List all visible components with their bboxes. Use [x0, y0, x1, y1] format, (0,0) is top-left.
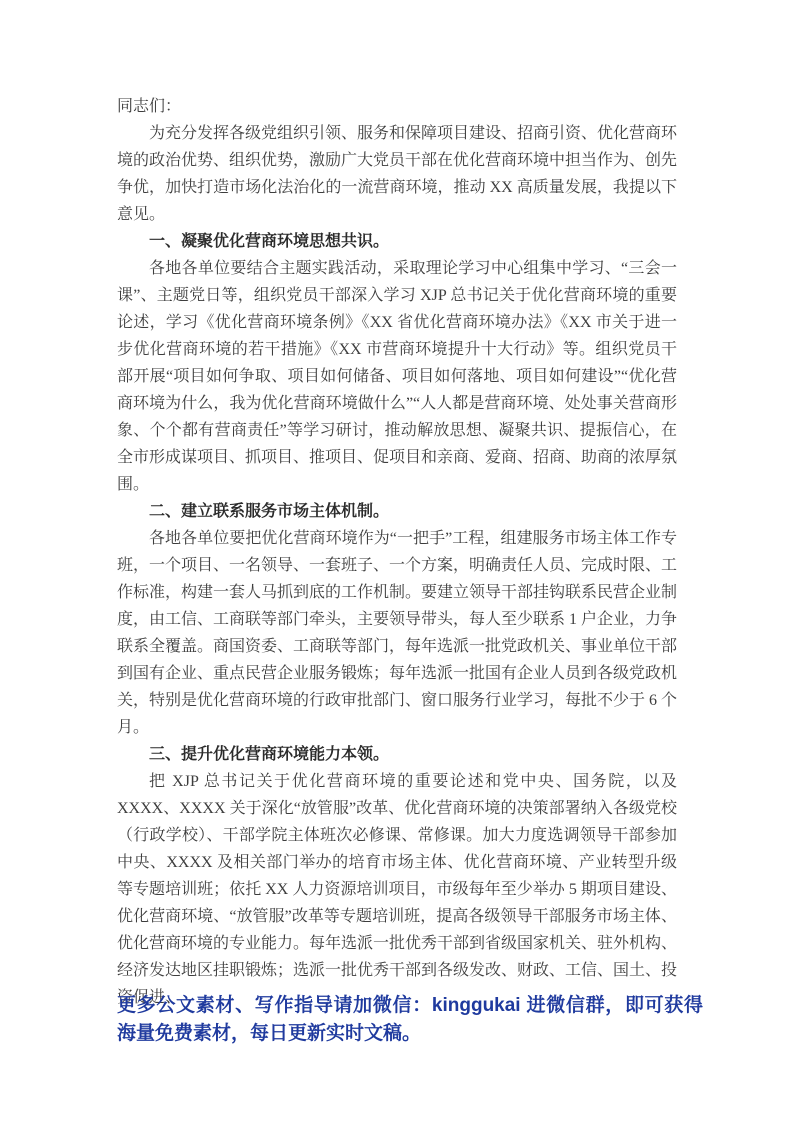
document-page: 同志们： 为充分发挥各级党组织引领、服务和保障项目建设、招商引资、优化营商环境的… [0, 0, 793, 1122]
section-1-heading: 一、凝聚优化营商环境思想共识。 [117, 228, 677, 255]
promo-footer-note: 更多公文素材、写作指导请加微信：kinggukai 进微信群，即可获得海量免费素… [117, 992, 703, 1048]
section-3-body: 把 XJP 总书记关于优化营商环境的重要论述和党中央、国务院，以及 XXXX、X… [117, 768, 677, 1011]
document-body: 同志们： 为充分发挥各级党组织引领、服务和保障项目建设、招商引资、优化营商环境的… [117, 93, 677, 1011]
intro-paragraph: 为充分发挥各级党组织引领、服务和保障项目建设、招商引资、优化营商环境的政治优势、… [117, 120, 677, 228]
salutation: 同志们： [117, 93, 677, 120]
section-1-body: 各地各单位要结合主题实践活动，采取理论学习中心组集中学习、“三会一课”、主题党日… [117, 255, 677, 498]
section-3-heading: 三、提升优化营商环境能力本领。 [117, 741, 677, 768]
section-2-body: 各地各单位要把优化营商环境作为“一把手”工程，组建服务市场主体工作专班，一个项目… [117, 525, 677, 741]
section-2-heading: 二、建立联系服务市场主体机制。 [117, 498, 677, 525]
